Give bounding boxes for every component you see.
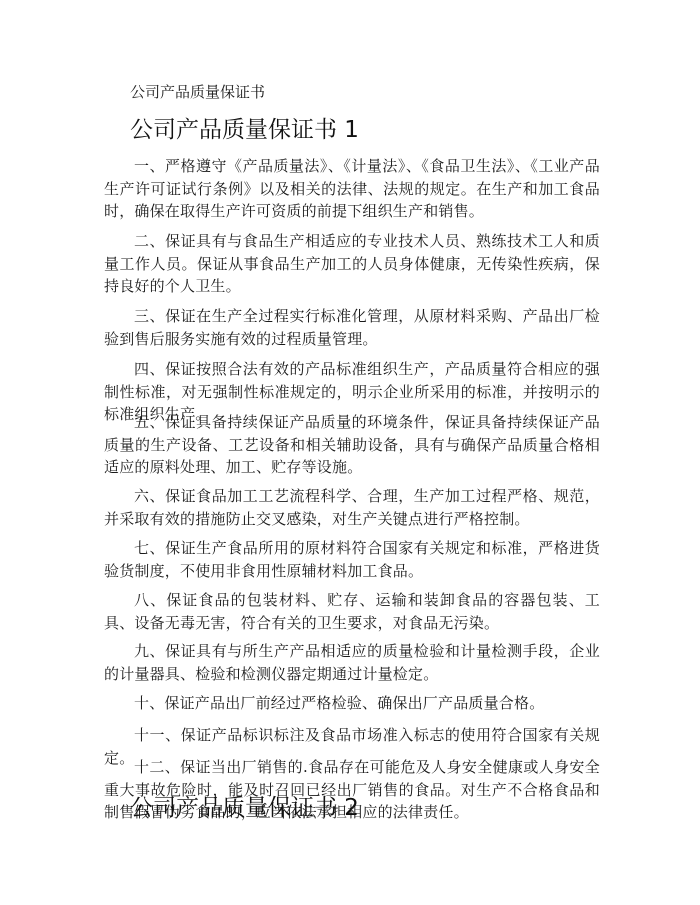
clause-5: 五、保证具备持续保证产品质量的环境条件，保证具备持续保证产品质量的生产设备、工艺… — [104, 411, 600, 479]
clause-1: 一、严格遵守《产品质量法》、《计量法》、《食品卫生法》、《工业产品生产许可证试行… — [104, 155, 600, 223]
section-heading-2: 公司产品质量保证书 2 — [130, 793, 359, 823]
clause-2: 二、保证具有与食品生产相适应的专业技术人员、熟练技术工人和质量工作人员。保证从事… — [104, 230, 600, 298]
clause-8: 八、保证食品的包装材料、贮存、运输和装卸食品的容器包装、工具、设备无毒无害，符合… — [104, 589, 600, 634]
document-title: 公司产品质量保证书 — [130, 82, 265, 102]
clause-6: 六、保证食品加工工艺流程科学、合理，生产加工过程严格、规范，并采取有效的措施防止… — [104, 485, 600, 530]
clause-10: 十、保证产品出厂前经过严格检验、确保出厂产品质量合格。 — [104, 692, 600, 715]
clause-7: 七、保证生产食品所用的原材料符合国家有关规定和标准，严格进货验货制度，不使用非食… — [104, 537, 600, 582]
clause-3: 三、保证在生产全过程实行标准化管理，从原材料采购、产品出厂检验到售后服务实施有效… — [104, 305, 600, 350]
section-heading-1: 公司产品质量保证书 1 — [130, 115, 359, 145]
clause-9: 九、保证具有与所生产产品相适应的质量检验和计量检测手段，企业的计量器具、检验和检… — [104, 640, 600, 685]
